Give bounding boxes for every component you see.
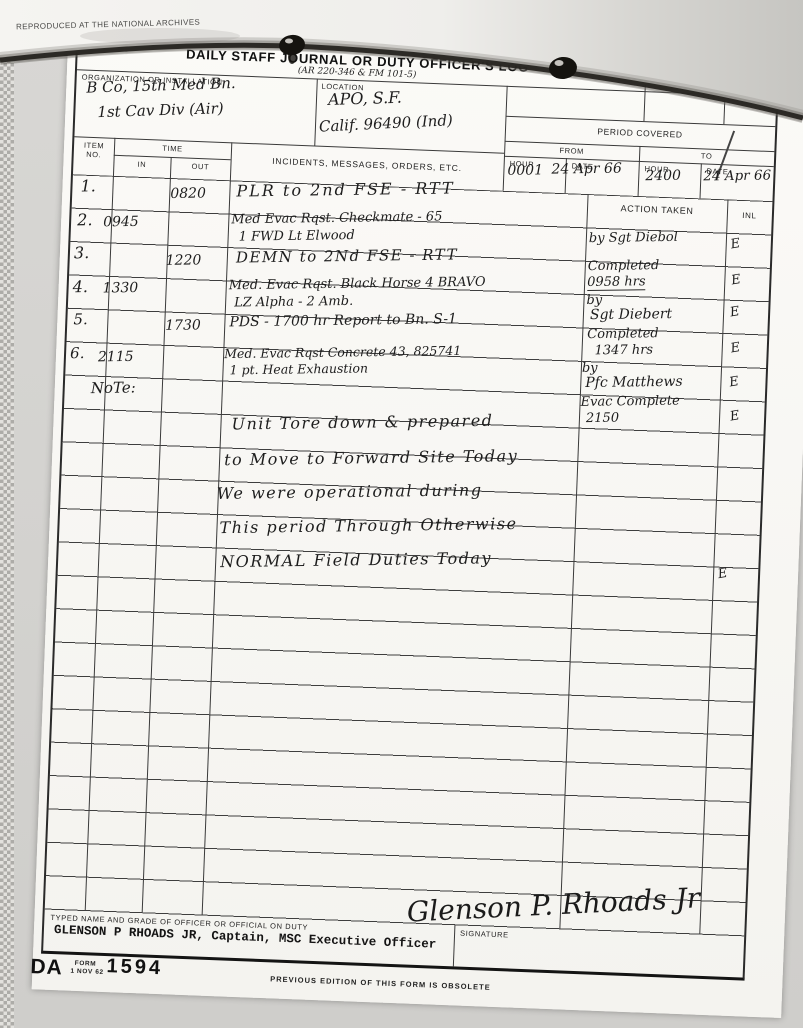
org-line-1: B Co, 15th Med Bn. (86, 74, 236, 97)
da-abbrev: DA (30, 955, 63, 980)
entry-action: Pfc Matthews (585, 374, 683, 391)
entry-item-no: 5. (73, 310, 88, 328)
initials-mark: E (729, 408, 741, 424)
initials-mark: E (730, 272, 742, 288)
entry-text: Med Evac Rqst. Checkmate - 65 (231, 209, 442, 227)
entry-text: 1 pt. Heat Exhaustion (229, 360, 368, 377)
col-in-label: IN (113, 159, 170, 170)
location-line-2: Calif. 96490 (Ind) (319, 111, 454, 136)
entry-time-in: 1330 (103, 280, 139, 296)
period-covered-label: PERIOD COVERED (505, 123, 775, 143)
entry-time-out: 1220 (166, 252, 202, 268)
entry-action: by Sgt Diebol (589, 230, 678, 246)
grid-vline (643, 58, 646, 121)
col-item-label-2: NO. (74, 149, 114, 160)
entry-time-in: 0945 (103, 214, 139, 230)
location-line-1: APO, S.F. (328, 88, 402, 109)
to-hour-value: 2400 (645, 168, 681, 184)
form-number: 1594 (106, 955, 163, 980)
entry-action: 2150 (586, 411, 619, 426)
entry-text: 1 FWD Lt Elwood (239, 228, 355, 245)
initials-mark: E (728, 374, 740, 390)
entry-item-no: 6. (70, 344, 85, 362)
signature-label: SIGNATURE (460, 929, 509, 940)
page-no-value: 1 (675, 71, 685, 89)
entry-text: LZ Alpha - 2 Amb. (234, 294, 353, 311)
entry-action: by (582, 361, 598, 376)
entry-time-in: 2115 (98, 349, 134, 365)
entry-action: Completed (587, 326, 659, 342)
grid-vline (723, 61, 726, 124)
entry-action: Completed (588, 258, 660, 274)
note-line: Unit Tore down & prepared (231, 411, 493, 434)
from-date-value: 24 Apr 66 (551, 161, 622, 178)
col-inl-label: INL (727, 210, 772, 221)
note-label: NoTe: (91, 378, 136, 397)
form-frame: DAILY STAFF JOURNAL OR DUTY OFFICER'S LO… (41, 34, 780, 980)
col-time-label: TIME (114, 142, 231, 155)
initials-mark: E (729, 236, 741, 252)
initials-mark: E (729, 304, 741, 320)
entry-item-no: 3. (74, 243, 90, 262)
entry-text: PDS - 1700 hr Report to Bn. S-1 (229, 311, 457, 330)
col-out-label: OUT (170, 161, 230, 172)
entry-action: 1347 hrs (594, 343, 653, 359)
scanner-background-checker (0, 0, 14, 1028)
initials-mark: E (717, 566, 729, 582)
entry-action: 0958 hrs (587, 274, 646, 291)
entry-item-no: 1. (80, 176, 96, 195)
obsolete-note: PREVIOUS EDITION OF THIS FORM IS OBSOLET… (270, 974, 491, 991)
col-incidents-label: INCIDENTS, MESSAGES, ORDERS, ETC. (230, 154, 503, 174)
form-word: FORM (75, 960, 97, 968)
entry-text: DEMN to 2Nd FSE - RTT (236, 245, 458, 266)
entry-action: by (586, 293, 602, 308)
scanned-document-page: { "watermark": "REPRODUCED AT THE NATION… (0, 0, 803, 1028)
form-date: 1 NOV 62 (70, 968, 104, 976)
entry-action: Sgt Diebert (590, 306, 672, 323)
org-line-2: 1st Cav Div (Air) (97, 99, 224, 121)
grid-vline (314, 79, 318, 146)
entry-text: PLR to 2nd FSE - RTT (236, 178, 454, 200)
from-hour-value: 0001 (507, 162, 543, 178)
grid-vline (700, 163, 702, 198)
note-line: We were operational during (217, 480, 483, 503)
initials-mark: E (729, 340, 741, 356)
form-page: DAILY STAFF JOURNAL OR DUTY OFFICER'S LO… (32, 20, 803, 1018)
to-date-value: 24 Apr 66 (703, 167, 771, 184)
note-line: NORMAL Field Duties Today (220, 548, 492, 571)
entry-time-out: 0820 (170, 185, 206, 201)
entry-item-no: 4. (73, 277, 89, 296)
entry-time-out: 1730 (165, 317, 201, 333)
entry-item-no: 2. (77, 210, 93, 229)
entry-action: Evac Complete (580, 394, 679, 410)
grid-vline (453, 924, 456, 966)
